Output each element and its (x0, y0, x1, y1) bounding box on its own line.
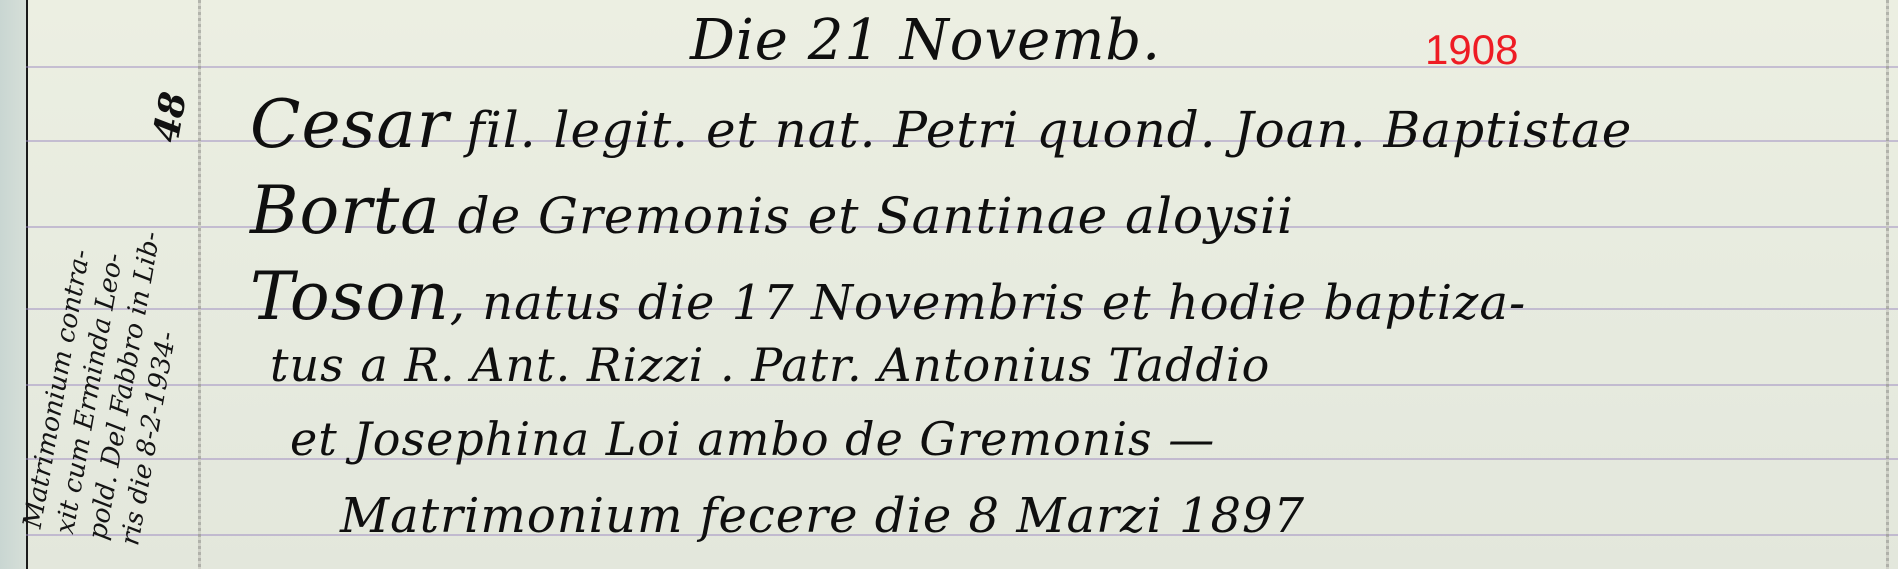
margin-note: Matrimonium contra- xit cum Erminda Leo-… (40, 90, 200, 550)
entry-line-1: Cesar fil. legit. et nat. Petri quond. J… (250, 86, 1632, 163)
year-annotation: 1908 (1425, 26, 1518, 74)
entry-line-text: fil. legit. et nat. Petri quond. Joan. B… (449, 101, 1632, 159)
entry-line-text: et Josephina Loi ambo de Gremonis — (290, 412, 1215, 466)
entry-line-5: et Josephina Loi ambo de Gremonis — (290, 412, 1215, 466)
entry-line-text: tus a R. Ant. Rizzi . Patr. Antonius Tad… (270, 338, 1270, 392)
entry-line-3: Toson, natus die 17 Novembris et hodie b… (250, 258, 1526, 335)
entry-date-heading: Die 21 Novemb. (690, 8, 1161, 73)
mother-surname: Toson (250, 258, 450, 335)
child-name: Cesar (250, 86, 449, 163)
entry-line-6: Matrimonium fecere die 8 Marzi 1897 (340, 488, 1305, 544)
entry-line-4: tus a R. Ant. Rizzi . Patr. Antonius Tad… (270, 338, 1270, 392)
entry-number: 48 (145, 89, 195, 146)
margin-note-text: Matrimonium contra- xit cum Erminda Leo-… (17, 92, 223, 548)
scan-left-edge (0, 0, 26, 569)
entry-line-2: Borta de Gremonis et Santinae aloysii (250, 172, 1294, 249)
right-margin-rule (1886, 0, 1889, 569)
surname: Borta (250, 172, 441, 249)
entry-line-text: Matrimonium fecere die 8 Marzi 1897 (340, 488, 1305, 544)
entry-line-text: , natus die 17 Novembris et hodie baptiz… (450, 275, 1526, 331)
entry-line-text: de Gremonis et Santinae aloysii (441, 187, 1294, 245)
